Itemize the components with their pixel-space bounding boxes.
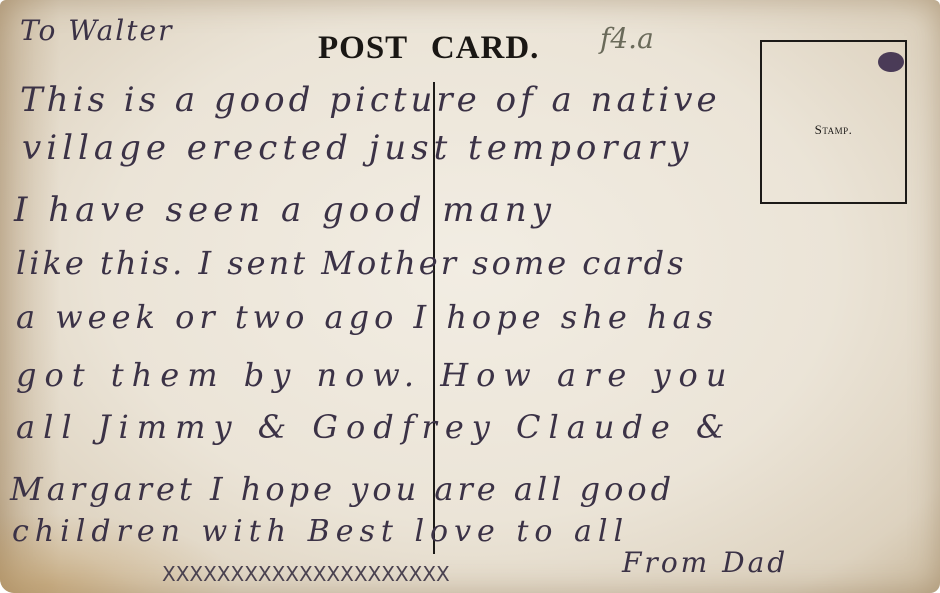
- message-line: got them by now. How are you: [16, 356, 734, 394]
- message-line: This is a good picture of a native: [20, 80, 721, 120]
- message-line: a week or two ago I hope she has: [16, 298, 718, 336]
- signature: From Dad: [622, 546, 788, 579]
- postcard-back: To Walter POST CARD. f4.a Stamp. This is…: [0, 0, 940, 593]
- message-line: I have seen a good many: [14, 190, 556, 230]
- printed-title: POST CARD.: [318, 30, 539, 67]
- ink-blot: [878, 52, 904, 72]
- message-line: Margaret I hope you are all good: [10, 470, 675, 508]
- salutation: To Walter: [20, 14, 173, 47]
- message-line: children with Best love to all: [12, 514, 629, 549]
- message-line: all Jimmy & Godfrey Claude &: [16, 408, 733, 446]
- kisses: XXXXXXXXXXXXXXXXXXXXX: [162, 562, 450, 586]
- message-line: like this. I sent Mother some cards: [16, 244, 687, 282]
- message-line: village erected just temporary: [22, 128, 693, 168]
- pencil-annotation: f4.a: [600, 22, 654, 55]
- stamp-label: Stamp.: [762, 122, 905, 138]
- stamp-box: Stamp.: [760, 40, 907, 204]
